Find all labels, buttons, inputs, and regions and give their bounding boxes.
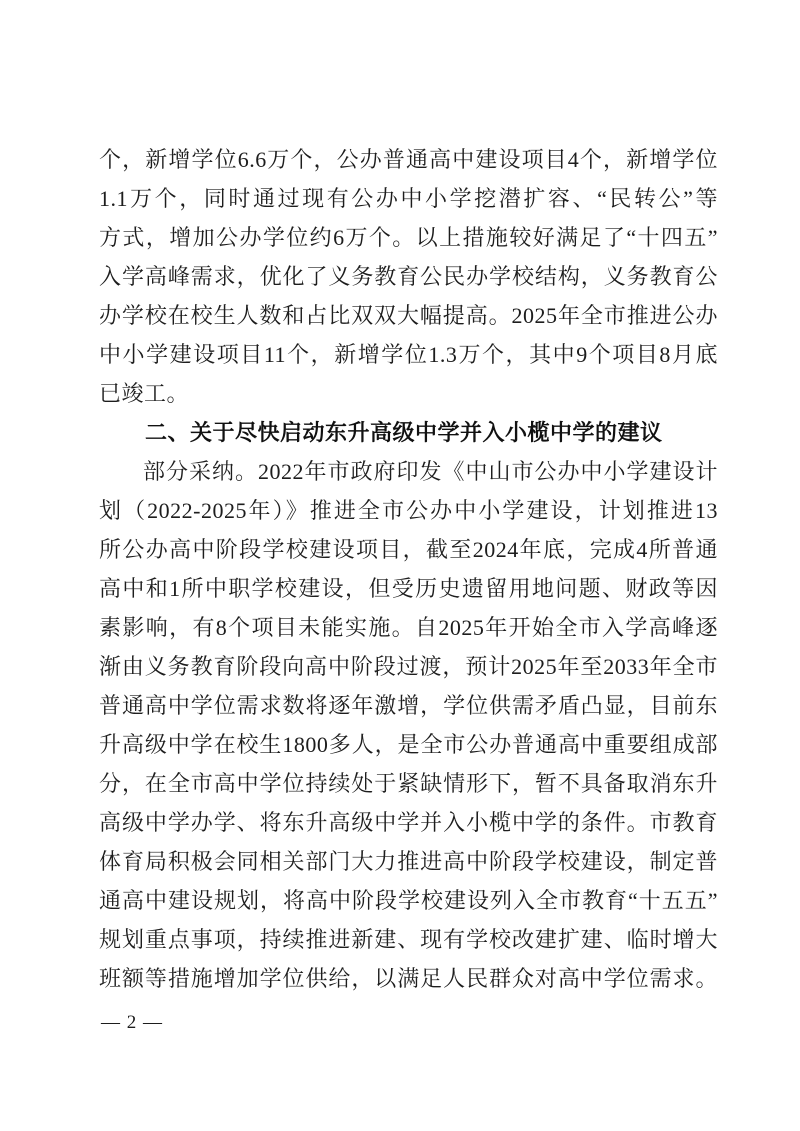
paragraph2-line: 体育局积极会同相关部门大力推进高中阶段学校建设，制定普: [99, 842, 718, 881]
paragraph1-line: 1.1万个，同时通过现有公办中小学挖潜扩容、“民转公”等: [99, 179, 718, 218]
paragraph1-line: 已竣工。: [99, 374, 718, 413]
paragraph2-line: 班额等措施增加学位供给，以满足人民群众对高中学位需求。: [99, 959, 718, 998]
paragraph2-line: 升高级中学在校生1800多人，是全市公办普通高中重要组成部: [99, 725, 718, 764]
paragraph1-line: 办学校在校生人数和占比双双大幅提高。2025年全市推进公办: [99, 296, 718, 335]
document-page: 个，新增学位6.6万个，公办普通高中建设项目4个，新增学位 1.1万个，同时通过…: [0, 0, 800, 1131]
paragraph2-line: 分，在全市高中学位持续处于紧缺情形下，暂不具备取消东升: [99, 764, 718, 803]
paragraph2-line: 部分采纳。2022年市政府印发《中山市公办中小学建设计: [99, 452, 718, 491]
paragraph2-line: 高中和1所中职学校建设，但受历史遗留用地问题、财政等因: [99, 569, 718, 608]
paragraph1-line: 中小学建设项目11个，新增学位1.3万个，其中9个项目8月底: [99, 335, 718, 374]
paragraph2-line: 渐由义务教育阶段向高中阶段过渡，预计2025年至2033年全市: [99, 647, 718, 686]
paragraph2-line: 素影响，有8个项目未能实施。自2025年开始全市入学高峰逐: [99, 608, 718, 647]
document-body: 个，新增学位6.6万个，公办普通高中建设项目4个，新增学位 1.1万个，同时通过…: [99, 140, 718, 998]
page-number: — 2 —: [101, 1012, 163, 1033]
page-footer: — 2 —: [101, 1012, 163, 1034]
paragraph2-line: 规划重点事项，持续推进新建、现有学校改建扩建、临时增大: [99, 920, 718, 959]
paragraph1-line: 入学高峰需求，优化了义务教育公民办学校结构，义务教育公: [99, 257, 718, 296]
paragraph2-line: 通高中建设规划，将高中阶段学校建设列入全市教育“十五五”: [99, 881, 718, 920]
paragraph1-line: 个，新增学位6.6万个，公办普通高中建设项目4个，新增学位: [99, 140, 718, 179]
section-heading: 二、关于尽快启动东升高级中学并入小榄中学的建议: [99, 413, 718, 452]
paragraph2-line: 划（2022-2025年）》推进全市公办中小学建设，计划推进13: [99, 491, 718, 530]
paragraph1-line: 方式，增加公办学位约6万个。以上措施较好满足了“十四五”: [99, 218, 718, 257]
paragraph2-line: 普通高中学位需求数将逐年激增，学位供需矛盾凸显，目前东: [99, 686, 718, 725]
paragraph2-line: 高级中学办学、将东升高级中学并入小榄中学的条件。市教育: [99, 803, 718, 842]
paragraph2-line: 所公办高中阶段学校建设项目，截至2024年底，完成4所普通: [99, 530, 718, 569]
